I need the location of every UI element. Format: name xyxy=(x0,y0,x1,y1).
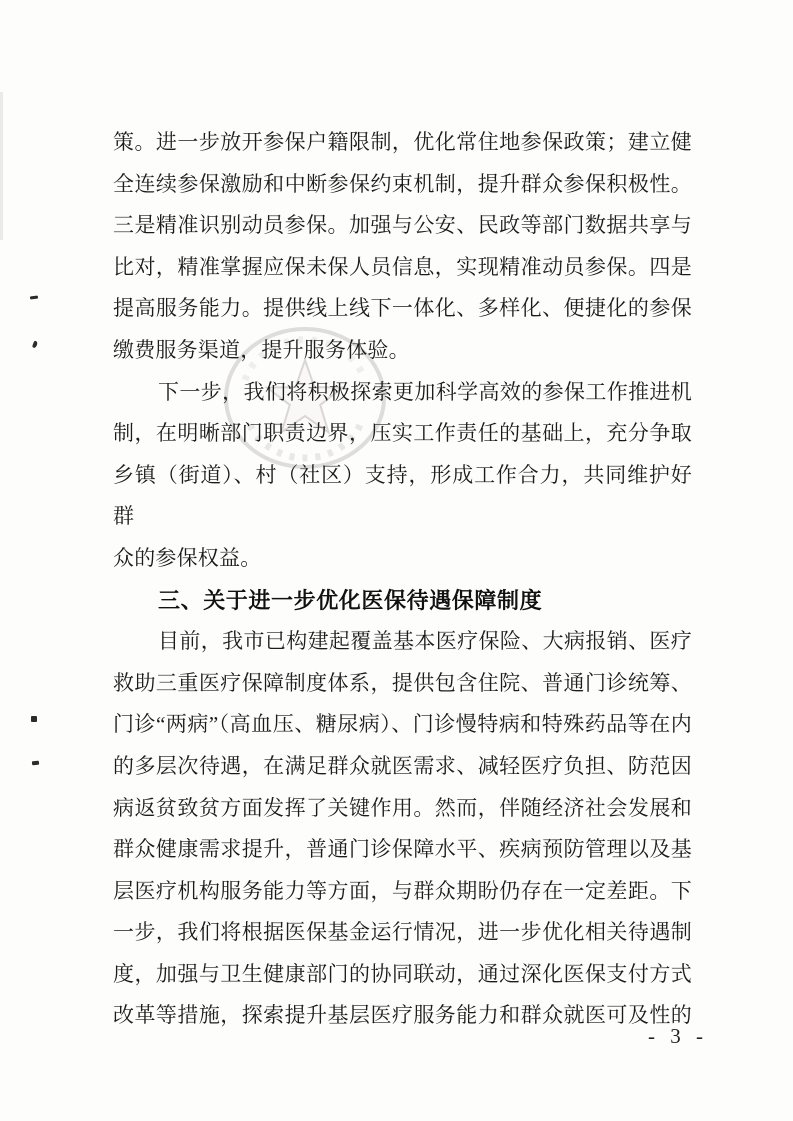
scan-artifact xyxy=(32,761,39,766)
text-line: 目前，我市已构建起覆盖基本医疗保险、大病报销、医疗 xyxy=(113,621,692,663)
scan-artifact xyxy=(32,341,38,349)
text-line: 群众健康需求提升，普通门诊保障水平、疾病预防管理以及基 xyxy=(113,829,692,871)
text-line: 众的参保权益。 xyxy=(113,538,692,580)
text-line: 缴费服务渠道，提升服务体验。 xyxy=(113,330,692,372)
scan-artifact xyxy=(30,295,38,299)
text-line: 三是精准识别动员参保。加强与公安、民政等部门数据共享与 xyxy=(113,205,692,247)
scanned-document-page: 策。进一步放开参保户籍限制，优化常住地参保政策；建立健 全连续参保激励和中断参保… xyxy=(0,0,793,1121)
text-line: 病返贫致贫方面发挥了关键作用。然而，伴随经济社会发展和 xyxy=(113,788,692,830)
text-line: 比对，精准掌握应保未保人员信息，实现精准动员参保。四是 xyxy=(113,247,692,289)
text-line: 一步，我们将根据医保基金运行情况，进一步优化相关待遇制 xyxy=(113,912,692,954)
section-heading: 三、关于进一步优化医保待遇保障制度 xyxy=(113,580,692,622)
text-line: 乡镇（街道）、村（社区）支持，形成工作合力，共同维护好群 xyxy=(113,455,692,538)
text-line: 改革等措施，探索提升基层医疗服务能力和群众就医可及性的 xyxy=(113,995,692,1037)
text-line: 策。进一步放开参保户籍限制，优化常住地参保政策；建立健 xyxy=(113,122,692,164)
text-line: 度，加强与卫生健康部门的协同联动，通过深化医保支付方式 xyxy=(113,954,692,996)
scan-artifact xyxy=(31,716,37,722)
text-line: 下一步，我们将积极探索更加科学高效的参保工作推进机 xyxy=(113,372,692,414)
text-line: 救助三重医疗保障制度体系，提供包含住院、普通门诊统筹、 xyxy=(113,663,692,705)
page-number: - 3 - xyxy=(628,1024,728,1049)
text-line: 门诊“两病”（高血压、糖尿病）、门诊慢特病和特殊药品等在内 xyxy=(113,704,692,746)
text-line: 全连续参保激励和中断参保约束机制，提升群众参保积极性。 xyxy=(113,164,692,206)
scan-edge-artifact xyxy=(0,92,3,240)
text-line: 制，在明晰部门职责边界，压实工作责任的基础上，充分争取 xyxy=(113,413,692,455)
text-line: 层医疗机构服务能力等方面，与群众期盼仍存在一定差距。下 xyxy=(113,871,692,913)
document-body: 策。进一步放开参保户籍限制，优化常住地参保政策；建立健 全连续参保激励和中断参保… xyxy=(113,122,692,1037)
text-line: 提高服务能力。提供线上线下一体化、多样化、便捷化的参保 xyxy=(113,288,692,330)
text-line: 的多层次待遇，在满足群众就医需求、减轻医疗负担、防范因 xyxy=(113,746,692,788)
